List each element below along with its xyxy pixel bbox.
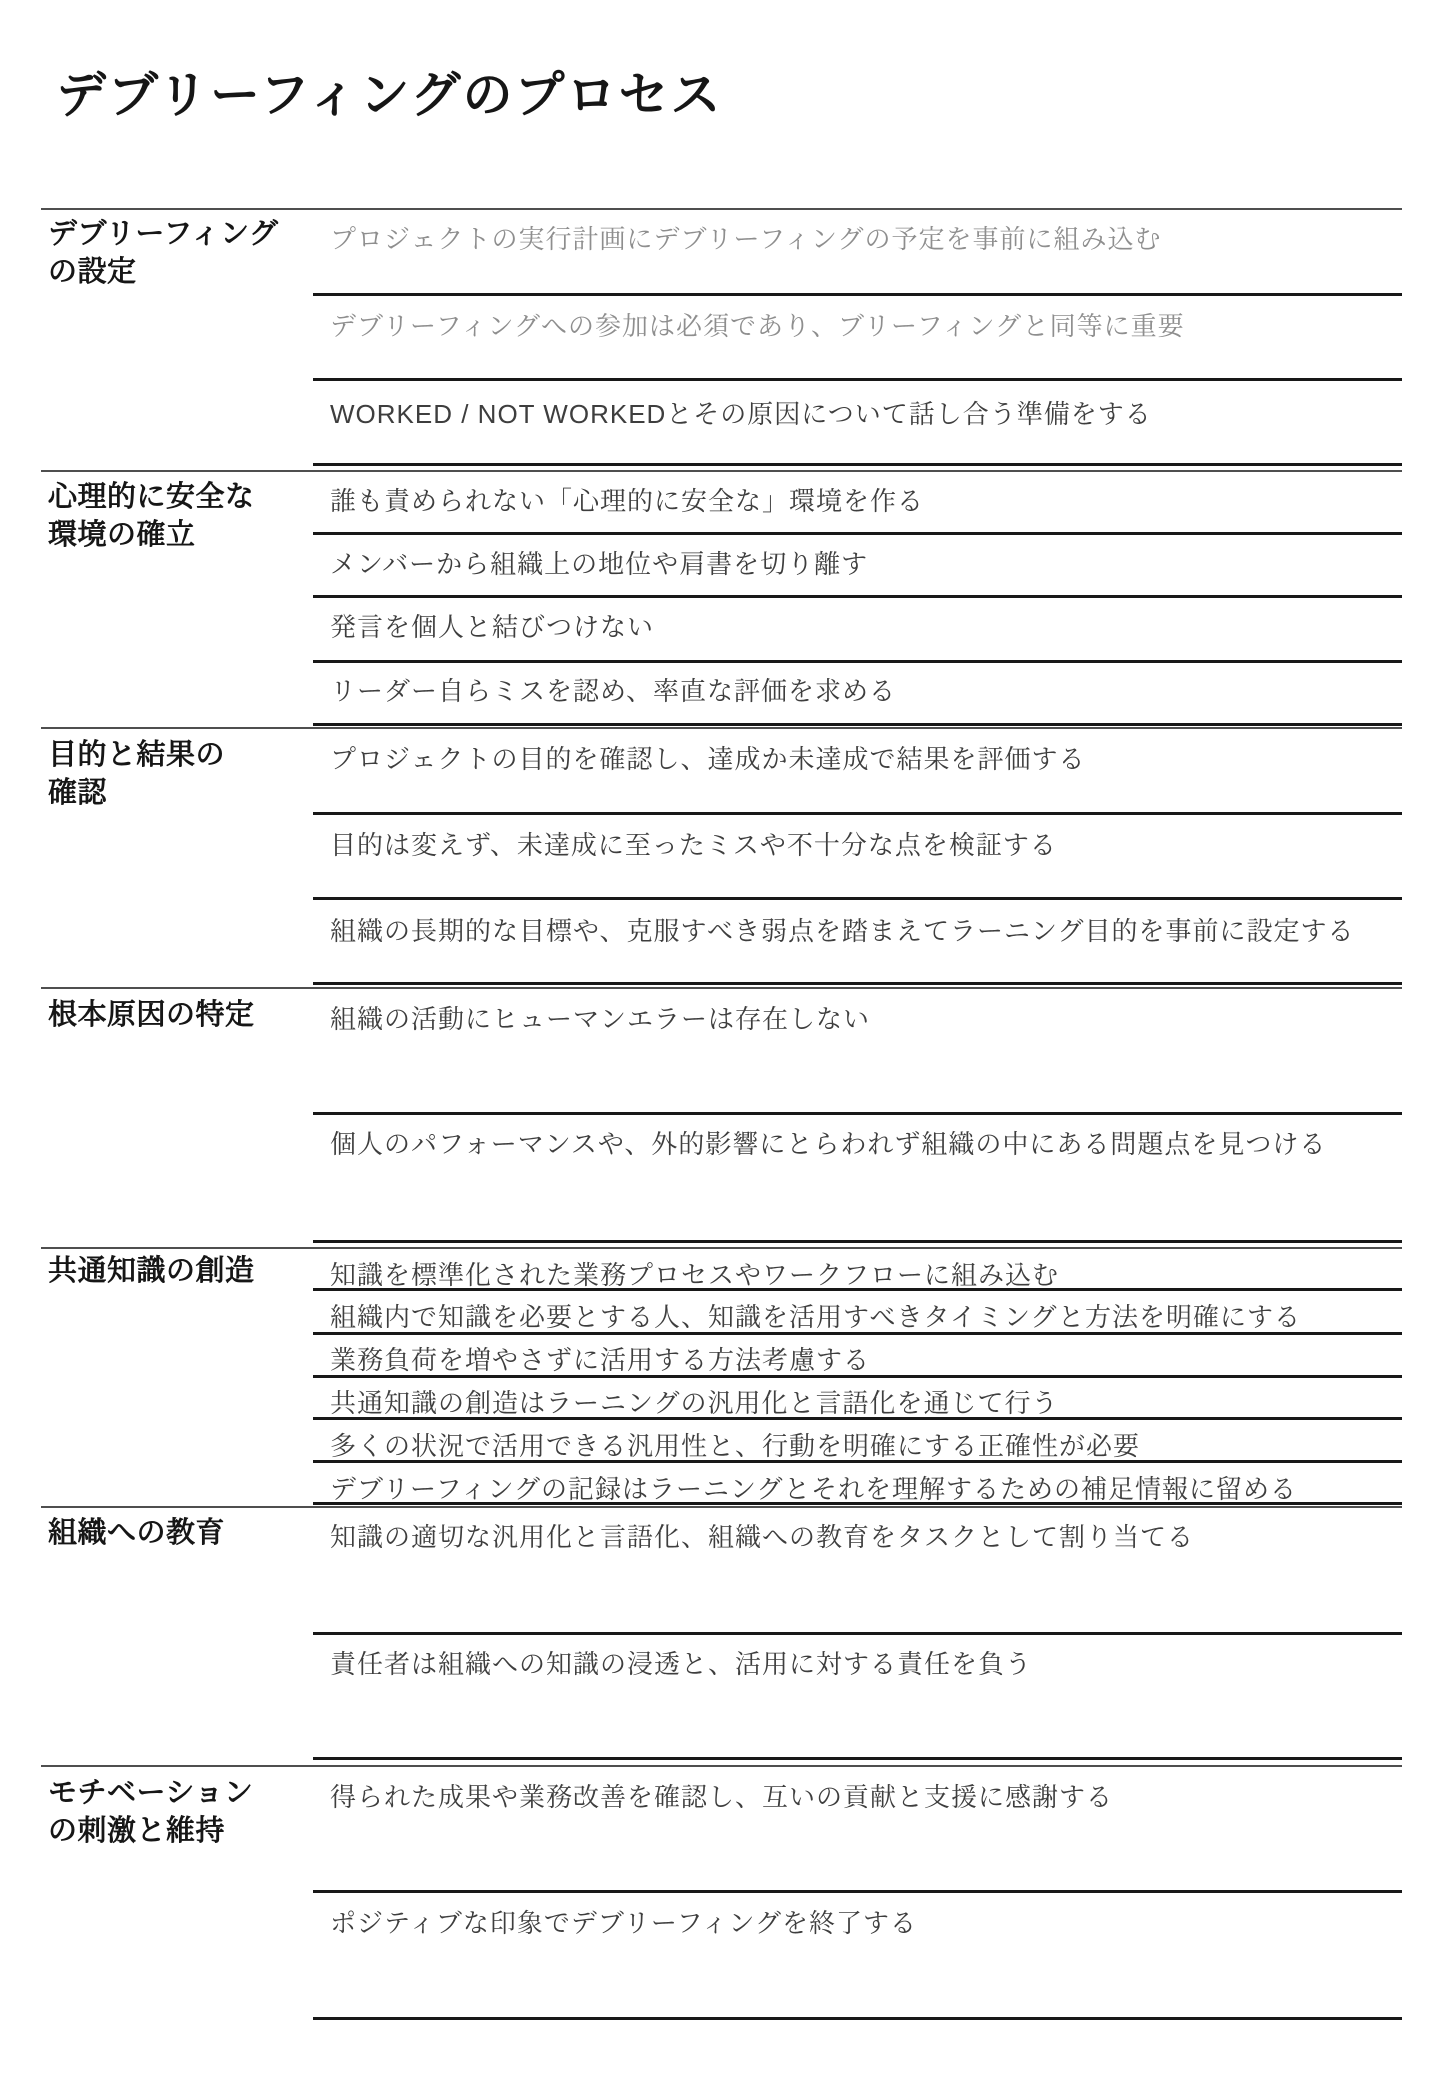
process-item: デブリーフィングの記録はラーニングとそれを理解するための補足情報に留める [330,1469,1297,1506]
process-item: ポジティブな印象でデブリーフィングを終了する [330,1903,917,1940]
section-top-line [41,987,1402,989]
item-divider [313,1890,1402,1893]
process-item: 組織内で知識を必要とする人、知識を活用すべきタイミングと方法を明確にする [330,1297,1301,1334]
item-divider [313,1375,1402,1378]
item-divider [313,1502,1402,1505]
item-divider [313,1460,1402,1463]
process-item: プロジェクトの目的を確認し、達成か未達成で結果を評価する [330,739,1085,776]
item-divider [313,1332,1402,1335]
item-divider [313,982,1402,985]
item-divider [313,897,1402,900]
item-divider [313,595,1402,598]
process-item: 知識の適切な汎用化と言語化、組織への教育をタスクとして割り当てる [330,1517,1194,1554]
item-divider [313,812,1402,815]
process-item: 責任者は組織への知識の浸透と、活用に対する責任を負う [330,1644,1032,1681]
document: デブリーフィングのプロセス デブリーフィング の設定 プロジェクトの実行計画にデ… [0,0,1440,2081]
process-item: 誰も責められない「心理的に安全な」環境を作る [330,481,924,518]
section-top-line [41,1765,1402,1767]
section-header: 心理的に安全な 環境の確立 [48,479,308,554]
process-item: 共通知識の創造はラーニングの汎用化と言語化を通じて行う [330,1383,1058,1420]
item-divider [313,378,1402,381]
section-top-line [41,727,1402,729]
item-divider [313,293,1402,296]
section-header: 目的と結果の 確認 [48,737,308,812]
process-item: プロジェクトの実行計画にデブリーフィングの予定を事前に組み込む [330,219,1162,256]
process-item: リーダー自らミスを認め、率直な評価を求める [330,671,896,708]
section-top-line [41,208,1402,210]
section-header: モチベーション の刺激と維持 [48,1775,308,1850]
process-item: 目的は変えず、未達成に至ったミスや不十分な点を検証する [330,825,1057,862]
process-item: 多くの状況で活用できる汎用性と、行動を明確にする正確性が必要 [330,1426,1140,1463]
item-divider [313,1417,1402,1420]
process-item: デブリーフィングへの参加は必須であり、ブリーフィングと同等に重要 [330,306,1185,343]
section-header: 組織への教育 [48,1515,308,1553]
item-divider [313,723,1402,726]
item-divider [313,1757,1402,1760]
process-item: 個人のパフォーマンスや、外的影響にとらわれず組織の中にある問題点を見つける [330,1124,1326,1161]
item-divider [313,463,1402,466]
process-item: 組織の長期的な目標や、克服すべき弱点を踏まえてラーニング目的を事前に設定する [330,911,1354,948]
item-divider [313,660,1402,663]
item-divider [313,1288,1402,1291]
process-item: 得られた成果や業務改善を確認し、互いの貢献と支援に感謝する [330,1777,1113,1814]
section-top-line [41,470,1402,472]
item-divider [313,1240,1402,1243]
section-top-line [41,1506,1402,1508]
process-item: 知識を標準化された業務プロセスやワークフローに組み込む [330,1255,1059,1292]
section-header: 共通知識の創造 [48,1253,308,1291]
process-item: 発言を個人と結びつけない [330,607,654,644]
section-top-line [41,1247,1402,1249]
process-item: WORKED / NOT WORKEDとその原因について話し合う準備をする [330,394,1152,431]
section-header: デブリーフィング の設定 [48,216,308,291]
process-item: 組織の活動にヒューマンエラーは存在しない [330,999,870,1036]
item-divider [313,1112,1402,1115]
section-header: 根本原因の特定 [48,997,308,1035]
page-title: デブリーフィングのプロセス [56,55,723,127]
item-divider [313,1632,1402,1635]
item-divider [313,2017,1402,2020]
item-divider [313,532,1402,535]
process-item: メンバーから組織上の地位や肩書を切り離す [330,544,868,581]
process-item: 業務負荷を増やさずに活用する方法考慮する [330,1340,870,1377]
